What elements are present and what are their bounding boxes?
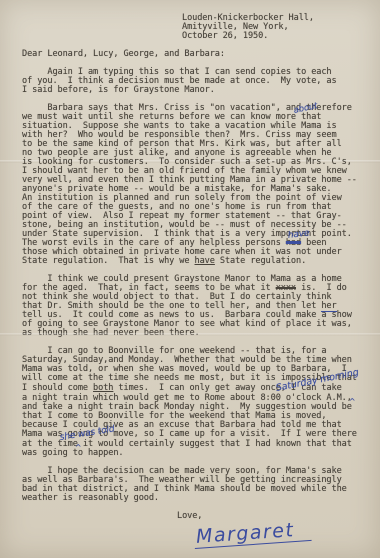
- letter-paper: Louden-Knickerbocker Hall, Amityville, N…: [0, 0, 380, 558]
- typed-line: I should come both times. I can only get…: [22, 383, 374, 393]
- typed-line: as though she had never been there.: [22, 329, 374, 338]
- typed-line: I said before, is for Graystone Manor.: [22, 86, 374, 95]
- paragraph: I can go to Boonville for one weekend --…: [22, 347, 374, 458]
- typed-line: State regulation. That is why we have St…: [22, 257, 374, 266]
- letter-body: Again I am typing this so that I can sen…: [22, 68, 374, 503]
- typed-line: at the time^she was told it would certai…: [22, 439, 374, 449]
- underline-ink: both: [93, 383, 113, 393]
- typed-line: weather is reasonably good.: [22, 494, 374, 503]
- letter-content: Louden-Knickerbocker Hall, Amityville, N…: [22, 14, 374, 545]
- paragraph: I hope the decision can be made very soo…: [22, 467, 374, 503]
- letterhead-date: October 26, 1950.: [182, 32, 374, 41]
- paragraph: I think we could present Graystone Manor…: [22, 275, 374, 338]
- signature-area: Margaret: [194, 523, 374, 545]
- underline-ink: have: [195, 256, 215, 266]
- paragraph: Again I am typing this so that I can sen…: [22, 68, 374, 95]
- signature: Margaret: [193, 519, 311, 549]
- hand-correct-have: have: [287, 232, 288, 241]
- paragraph: Barbara says that Mrs. Criss is "on vaca…: [22, 104, 374, 266]
- letterhead: Louden-Knickerbocker Hall, Amityville, N…: [182, 14, 374, 41]
- salutation: Dear Leonard, Lucy, George, and Barbara:: [22, 50, 374, 59]
